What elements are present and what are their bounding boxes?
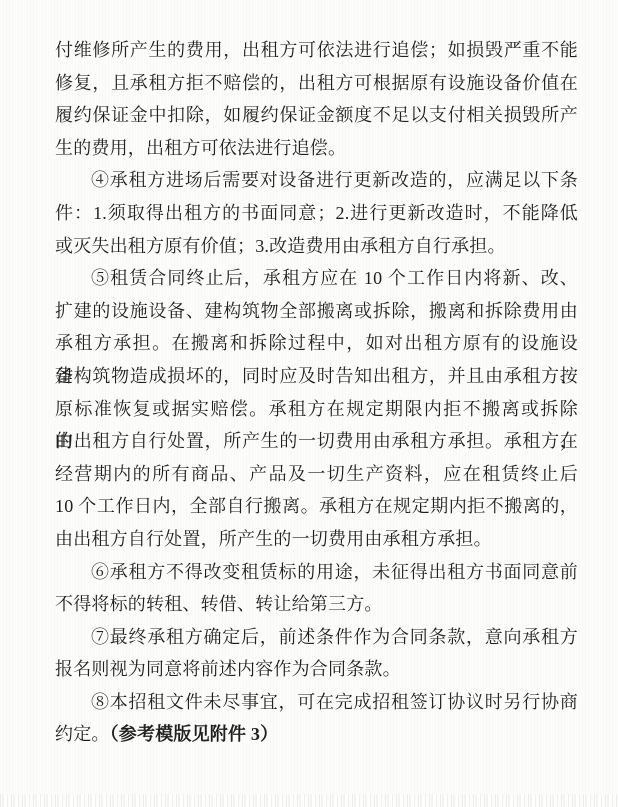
scan-noise-band	[0, 794, 618, 807]
text-line: 约定。（参考模版见附件 3）	[55, 718, 578, 751]
clause-8-line: ⑧本招租文件未尽事宜，可在完成招租签订协议时另行协商	[55, 686, 578, 719]
text-line: 经营期内的所有商品、产品及一切生产资料，应在租赁终止后	[55, 458, 578, 491]
attachment-reference: （参考模版见附件 3）	[110, 724, 279, 744]
text-line: 不得将标的转租、转借、转让给第三方。	[55, 588, 578, 621]
scanned-document-page: 付维修所产生的费用，出租方可依法进行追偿；如损毁严重不能 修复，且承租方拒不赔偿…	[0, 0, 618, 807]
text-line: 原标准恢复或据实赔偿。承租方在规定期限内拒不搬离或拆除的，	[55, 393, 578, 426]
clause-4-line: ④承租方进场后需要对设备进行更新改造的，应满足以下条	[55, 164, 578, 197]
text-line: 建构筑物造成损坏的，同时应及时告知出租方，并且由承租方按	[55, 360, 578, 393]
clause-6-line: ⑥承租方不得改变租赁标的用途，未征得出租方书面同意前	[55, 556, 578, 589]
text-line: 修复，且承租方拒不赔偿的，出租方可根据原有设施设备价值在	[55, 67, 578, 100]
text-line: 由出租方自行处置，所产生的一切费用由承租方承担。承租方在	[55, 425, 578, 458]
text-line: 由出租方自行处置，所产生的一切费用由承租方承担。	[55, 523, 578, 556]
text-line: 报名则视为同意将前述内容作为合同条款。	[55, 653, 578, 686]
text-line: 件：1.须取得出租方的书面同意；2.进行更新改造时，不能降低	[55, 197, 578, 230]
text-line: 生的费用，出租方可依法进行追偿。	[55, 132, 578, 165]
clause-7-line: ⑦最终承租方确定后，前述条件作为合同条款，意向承租方	[55, 621, 578, 654]
text-line: 履约保证金中扣除，如履约保证金额度不足以支付相关损毁所产	[55, 99, 578, 132]
text-line: 10 个工作日内，全部自行搬离。承租方在规定期内拒不搬离的，	[55, 490, 578, 523]
text-line: 付维修所产生的费用，出租方可依法进行追偿；如损毁严重不能	[55, 34, 578, 67]
text-line: 扩建的设施设备、建构筑物全部搬离或拆除，搬离和拆除费用由	[55, 295, 578, 328]
clause-5-line: ⑤租赁合同终止后，承租方应在 10 个工作日内将新、改、	[55, 262, 578, 295]
text-line: 承租方承担。在搬离和拆除过程中，如对出租方原有的设施设备、	[55, 327, 578, 360]
document-text: 付维修所产生的费用，出租方可依法进行追偿；如损毁严重不能 修复，且承租方拒不赔偿…	[55, 34, 578, 751]
text-line: 或灭失出租方原有价值；3.改造费用由承租方自行承担。	[55, 230, 578, 263]
closing-text: 约定。	[55, 724, 110, 744]
